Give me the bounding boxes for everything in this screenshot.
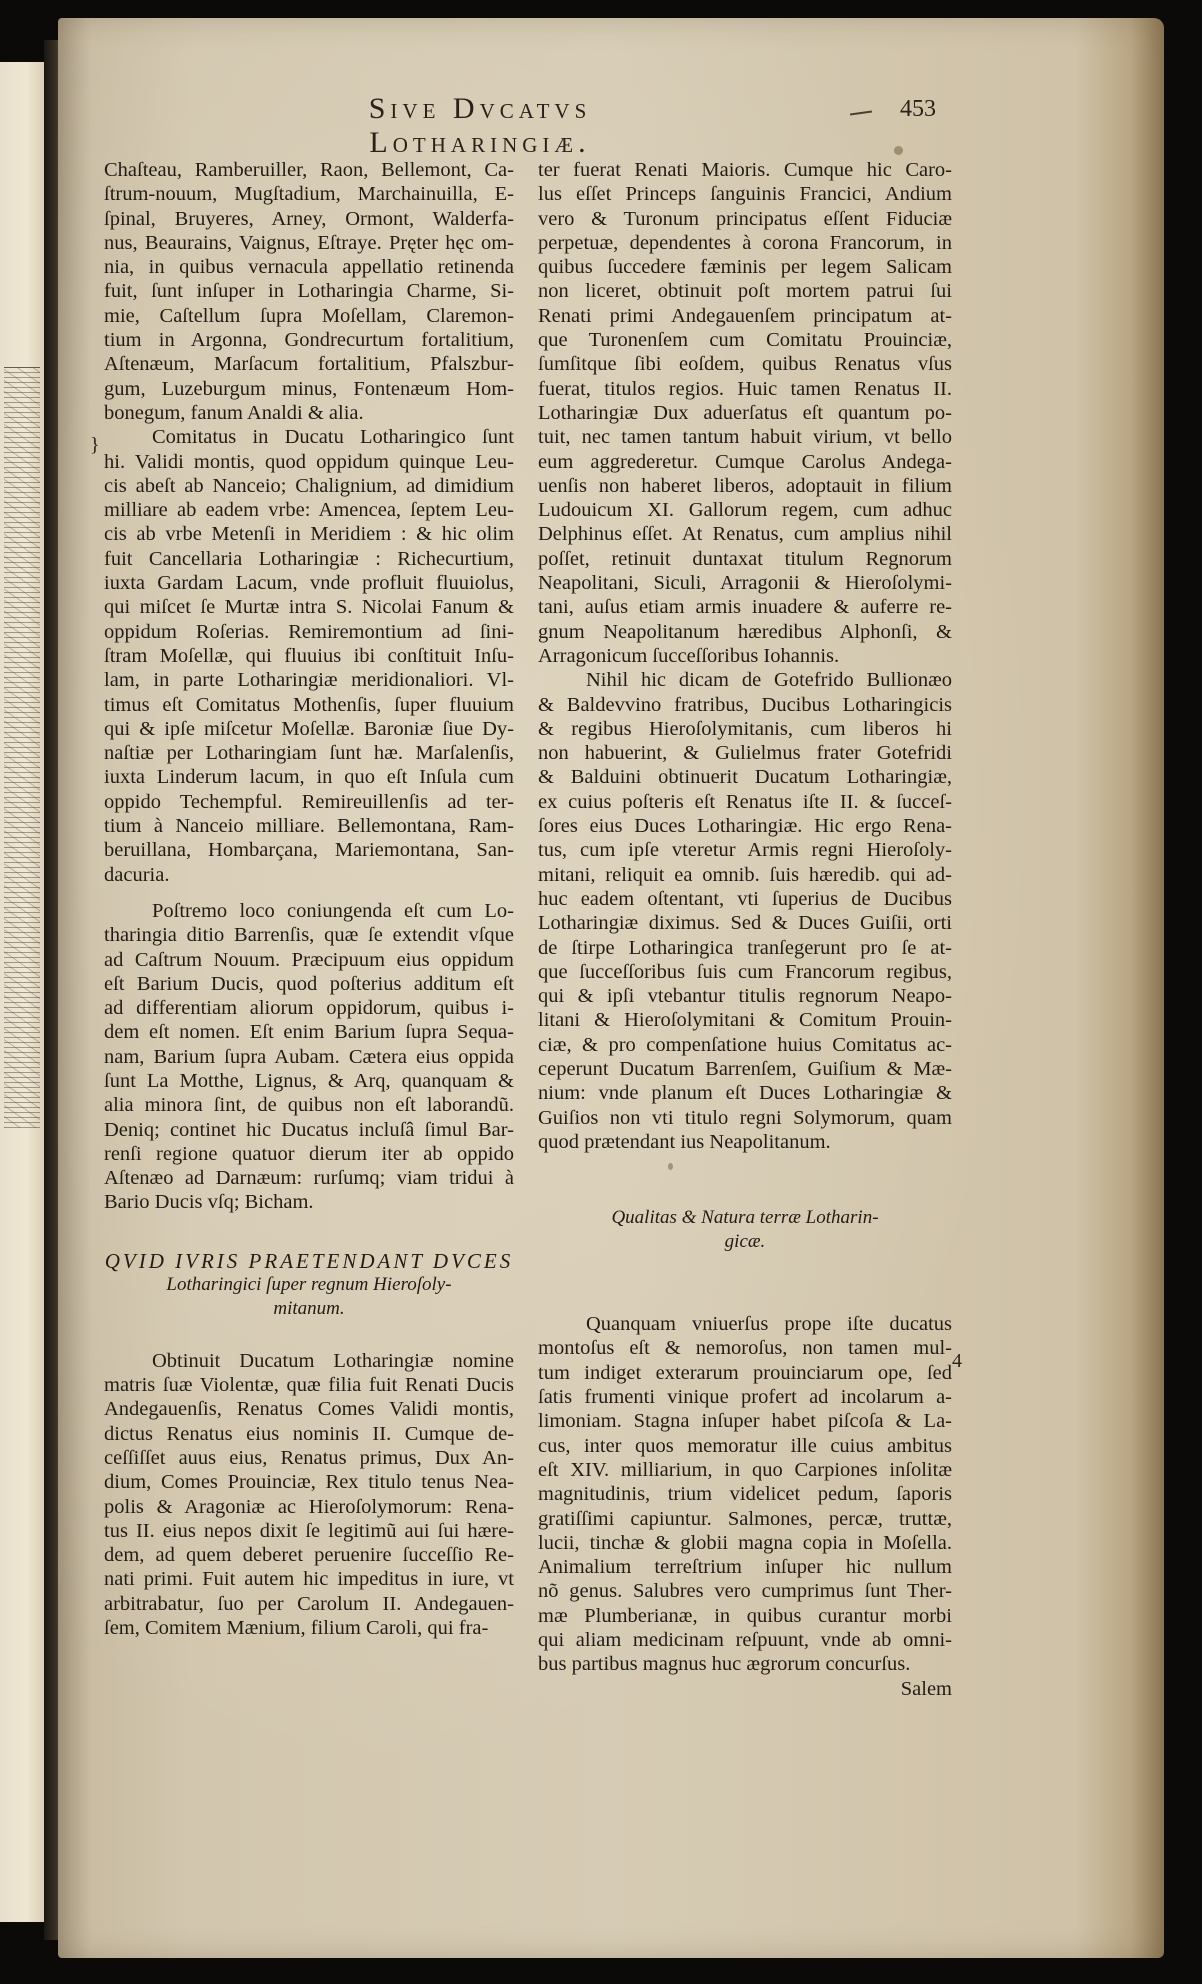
- text-line: Renati primi Andegauenſem principatum at…: [538, 304, 952, 328]
- text-line: eſt XIV. milliarium, in quo Carpiones in…: [538, 1458, 952, 1482]
- text-line: & Baldevvino fratribus, Ducibus Lotharin…: [538, 693, 952, 717]
- text-line: ſunt La Motthe, Lignus, & Arq, quanquam …: [104, 1069, 514, 1093]
- text-line: cis ab vrbe Metenſi in Meridiem : & hic …: [104, 522, 514, 546]
- text-line: dictus Renatus eius nominis II. Cumque d…: [104, 1422, 514, 1446]
- text-line: Quanquam vniuerſus prope iſte ducatus: [538, 1312, 952, 1336]
- text-line: fuit, ſunt inſuper in Lotharingia Charme…: [104, 279, 514, 303]
- text-line: beruillana, Hombarçana, Mariemontana, Sa…: [104, 838, 514, 862]
- text-line: Arragonicum ſucceſſoribus Iohannis.: [538, 644, 952, 668]
- text-line: bus partibus magnus huc ægrorum concurſu…: [538, 1652, 952, 1676]
- heading-line: Lotharingici ſuper regnum Hieroſoly-: [104, 1273, 514, 1297]
- text-line: hi. Validi montis, quod oppidum quinque …: [104, 450, 514, 474]
- text-line: ex cuius poſteris eſt Renatus iſte II. &…: [538, 790, 952, 814]
- text-line: mæ Plumberianæ, in quibus curantur morbi: [538, 1604, 952, 1628]
- page-number: 453: [900, 96, 936, 123]
- text-line: ter fuerat Renati Maioris. Cumque hic Ca…: [538, 158, 952, 182]
- text-line: Lotharingiæ Dux aduerſatus eſt quantum p…: [538, 401, 952, 425]
- paragraph-towns: Chaſteau, Ramberuiller, Raon, Bellemont,…: [104, 158, 514, 425]
- heading-line: gicæ.: [538, 1230, 952, 1254]
- heading-line: mitanum.: [104, 1297, 514, 1321]
- text-line: non liceret, obtinuit poſt mortem patrui…: [538, 279, 952, 303]
- text-line: ad Caſtrum Nouum. Præcipuum eius oppidum: [104, 948, 514, 972]
- text-line: eum aggrederetur. Cumque Carolus Andega-: [538, 450, 952, 474]
- text-line: lam, in parte Lotharingiæ meridionaliori…: [104, 668, 514, 692]
- previous-page-edge: [0, 62, 46, 1922]
- text-line: milliare ab eadem vrbe: Amencea, ſeptem …: [104, 498, 514, 522]
- text-line: timus eſt Comitatus Mothenſis, ſuper flu…: [104, 693, 514, 717]
- text-line: fuerat, titulos regios. Huic tamen Renat…: [538, 377, 952, 401]
- heading-line: Qualitas & Natura terræ Lotharin-: [538, 1206, 952, 1230]
- text-line: Obtinuit Ducatum Lotharingiæ nomine: [104, 1349, 514, 1373]
- left-column: Chaſteau, Ramberuiller, Raon, Bellemont,…: [104, 158, 514, 1640]
- text-line: mitani, reliquit ea omnib. ſuis hæredib.…: [538, 863, 952, 887]
- text-line: arbitrabatur, ſuo per Carolum II. Andega…: [104, 1592, 514, 1616]
- text-line: ſtrum-nouum, Mugſtadium, Marchainuilla, …: [104, 182, 514, 206]
- text-line: qui & ipſi vtebantur titulis regnorum Ne…: [538, 984, 952, 1008]
- text-line: tus II. eius nepos dixit ſe legitimũ aui…: [104, 1519, 514, 1543]
- text-line: ſpinal, Bruyeres, Arney, Ormont, Walderf…: [104, 207, 514, 231]
- right-column: ter fuerat Renati Maioris. Cumque hic Ca…: [538, 158, 952, 1701]
- text-line: nus, Beaurains, Vaignus, Eſtraye. Pręter…: [104, 231, 514, 255]
- text-line: litani & Hieroſolymitani & Comitum Proui…: [538, 1008, 952, 1032]
- text-line: bonegum, fanum Analdi & alia.: [104, 401, 514, 425]
- text-line: naſtiæ per Lotharingiam ſunt hæ. Marſale…: [104, 741, 514, 765]
- text-line: Guiſios non vti titulo regni Solymorum, …: [538, 1106, 952, 1130]
- text-line: magnitudinis, trium videlicet pedum, ſap…: [538, 1482, 952, 1506]
- text-line: uenſis non haberet liberos, adoptauit in…: [538, 474, 952, 498]
- text-line: ciæ, & pro compenſatione huius Comitatus…: [538, 1033, 952, 1057]
- text-line: Aſtenæum, Marſacum fortalitium, Pfalszbu…: [104, 352, 514, 376]
- text-line: alia minora ſint, de quibus non eſt labo…: [104, 1093, 514, 1117]
- text-line: ſatis frumenti vinique profert ad incola…: [538, 1385, 952, 1409]
- text-line: de ſtirpe Lotharingica tranſegerunt pro …: [538, 936, 952, 960]
- text-line: qui miſcet ſe Murtæ intra S. Nicolai Fan…: [104, 595, 514, 619]
- text-line: tum indiget exterarum prouinciarum ope, …: [538, 1361, 952, 1385]
- text-line: ſumſitque ſibi eoſdem, quibus Renatus vſ…: [538, 352, 952, 376]
- text-line: Andegauenſis, Renatus Comes Validi monti…: [104, 1397, 514, 1421]
- text-line: ſores eius Duces Lotharingiæ. Hic ergo R…: [538, 814, 952, 838]
- text-line: poſſet, retinuit duntaxat titulum Regnor…: [538, 547, 952, 571]
- text-line: gratiſſimi capiuntur. Salmones, percæ, t…: [538, 1507, 952, 1531]
- text-line: Neapolitani, Siculi, Arragonii & Hieroſo…: [538, 571, 952, 595]
- text-line: Deniq; continet hic Ducatus incluſâ ſimu…: [104, 1118, 514, 1142]
- paragraph-comitatus: Comitatus in Ducatu Lotharingico ſunthi.…: [104, 425, 514, 887]
- text-line: nõ genus. Salubres vero cumprimus ſunt T…: [538, 1579, 952, 1603]
- paragraph-quanquam: Quanquam vniuerſus prope iſte ducatusmon…: [538, 1312, 952, 1676]
- text-line: gum, Luzeburgum minus, Fontenæum Hom-: [104, 377, 514, 401]
- text-line: dem, ad quem deberet peruenire ſucceſſio…: [104, 1543, 514, 1567]
- text-line: ad differentiam aliorum oppidorum, quibu…: [104, 996, 514, 1020]
- text-line: & regibus Hieroſolymitanis, cum liberos …: [538, 717, 952, 741]
- text-line: iuxta Gardam Lacum, vnde profluit fluuio…: [104, 571, 514, 595]
- text-line: tium à Nanceio milliare. Bellemontana, R…: [104, 814, 514, 838]
- text-line: lus eſſet Princeps ſanguinis Francici, A…: [538, 182, 952, 206]
- margin-number-mark: 4: [952, 1350, 962, 1373]
- text-line: gnum Neapolitanum hæredibus Alphonſi, &: [538, 620, 952, 644]
- text-line: Chaſteau, Ramberuiller, Raon, Bellemont,…: [104, 158, 514, 182]
- text-line: quibus ſuccedere fæminis per legem Salic…: [538, 255, 952, 279]
- text-line: iuxta Linderum lacum, in quo eſt Inſula …: [104, 765, 514, 789]
- text-line: tuit, nec tamen tantum habuit virium, vt…: [538, 425, 952, 449]
- text-line: cus, inter quos memoratur ille cuius amb…: [538, 1434, 952, 1458]
- text-line: tium in Argonna, Gondrecurtum fortalitiu…: [104, 328, 514, 352]
- text-line: oppidum Roſerias. Remiremontium ad ſini-: [104, 620, 514, 644]
- engraving-fragment: [4, 367, 40, 1128]
- text-line: fuit Cancellaria Lotharingiæ : Richecurt…: [104, 547, 514, 571]
- text-line: nium: vnde planum eſt Duces Lotharingiæ …: [538, 1081, 952, 1105]
- text-line: ſtram Moſellæ, qui fluuius ibi conſtitui…: [104, 644, 514, 668]
- text-line: mie, Caſtellum ſupra Moſellam, Claremon-: [104, 304, 514, 328]
- text-line: non habuerint, & Gulielmus frater Gotefr…: [538, 741, 952, 765]
- paragraph-barrensis: Poſtremo loco coniungenda eſt cum Lo-tha…: [104, 899, 514, 1215]
- text-line: que Turonenſem cum Comitatu Prouinciæ,: [538, 328, 952, 352]
- text-line: Aſtenæo ad Darnæum: rurſumq; viam tridui…: [104, 1166, 514, 1190]
- text-line: Nihil hic dicam de Gotefrido Bullionæo: [538, 668, 952, 692]
- paragraph-carolus: ter fuerat Renati Maioris. Cumque hic Ca…: [538, 158, 952, 668]
- text-line: vero & Turonum principatus eſſent Fiduci…: [538, 207, 952, 231]
- text-line: Poſtremo loco coniungenda eſt cum Lo-: [104, 899, 514, 923]
- text-line: dem eſt nomen. Eſt enim Barium ſupra Seq…: [104, 1020, 514, 1044]
- text-line: qui aliam medicinam reſpuunt, vnde ab om…: [538, 1628, 952, 1652]
- text-line: tharingia ditio Barrenſis, quæ ſe extend…: [104, 923, 514, 947]
- text-line: dium, Comes Prouinciæ, Rex titulo tenus …: [104, 1470, 514, 1494]
- text-line: tani, auſus etiam armis inuadere & aufer…: [538, 595, 952, 619]
- text-line: nati primi. Fuit autem hic impeditus in …: [104, 1567, 514, 1591]
- text-line: dacuria.: [104, 863, 514, 887]
- text-line: matris ſuæ Violentæ, quæ filia fuit Rena…: [104, 1373, 514, 1397]
- text-line: ceſſiſſet auus eius, Renatus primus, Dux…: [104, 1446, 514, 1470]
- text-line: Bario Ducis vſq; Bicham.: [104, 1190, 514, 1214]
- heading-caps: QVID IVRIS PRAETENDANT DVCES: [104, 1249, 514, 1273]
- text-line: qui & ipſe miſcetur Moſellæ. Baroniæ ſiu…: [104, 717, 514, 741]
- text-line: quod prætendant ius Neapolitanum.: [538, 1130, 952, 1154]
- text-line: nia, in quibus vernacula appellatio reti…: [104, 255, 514, 279]
- text-line: tus, cum ipſe vteretur Armis regni Hiero…: [538, 838, 952, 862]
- text-line: Lotharingiæ diximus. Sed & Duces Guiſii,…: [538, 911, 952, 935]
- text-line: limoniam. Stagna inſuper habet piſcoſa &…: [538, 1409, 952, 1433]
- text-line: eſt Barium Ducis, quod poſterius additum…: [104, 972, 514, 996]
- text-line: Ludouicum XI. Gallorum regem, cum adhuc: [538, 498, 952, 522]
- paragraph-obtinuit: Obtinuit Ducatum Lotharingiæ nominematri…: [104, 1349, 514, 1641]
- paper-stain: [894, 146, 903, 155]
- text-line: renſi regione quatuor dierum iter ab opp…: [104, 1142, 514, 1166]
- text-line: Comitatus in Ducatu Lotharingico ſunt: [104, 425, 514, 449]
- running-head: Sive Dvcatvs Lotharingiæ.: [270, 92, 690, 160]
- text-line: que ſucceſſoribus ſuis cum Francorum reg…: [538, 960, 952, 984]
- text-line: cis abeſt ab Nanceio; Chalignium, ad dim…: [104, 474, 514, 498]
- text-line: polis & Aragoniæ ac Hieroſolymorum: Rena…: [104, 1495, 514, 1519]
- text-line: perpetuæ, dependentes à corona Francorum…: [538, 231, 952, 255]
- section-heading-qualitas: Qualitas & Natura terræ Lotharin- gicæ.: [538, 1206, 952, 1254]
- text-line: montoſus eſt & nemoroſus, non tamen mul-: [538, 1336, 952, 1360]
- text-line: nam, Barium ſupra Aubam. Cætera eius opp…: [104, 1045, 514, 1069]
- text-line: Delphinus eſſet. At Renatus, cum amplius…: [538, 522, 952, 546]
- text-line: & Balduini obtinuerit Ducatum Lotharingi…: [538, 765, 952, 789]
- text-line: ceperunt Ducatum Barrenſem, Guiſium & Mæ…: [538, 1057, 952, 1081]
- text-line: huc eadem oſtentant, vti ſuperius de Duc…: [538, 887, 952, 911]
- text-line: lucii, tinchæ & globii magna copia in Mo…: [538, 1531, 952, 1555]
- margin-brace-mark: }: [90, 434, 100, 457]
- text-line: ſem, Comitem Mænium, filium Caroli, qui …: [104, 1616, 514, 1640]
- text-line: oppido Techempful. Remireuillenſis ad te…: [104, 790, 514, 814]
- text-line: Animalium terreſtrium inſuper hic nullum: [538, 1555, 952, 1579]
- section-heading-jerusalem: QVID IVRIS PRAETENDANT DVCES Lotharingic…: [104, 1249, 514, 1321]
- catchword: Salem: [538, 1677, 952, 1701]
- paragraph-gotefrido: Nihil hic dicam de Gotefrido Bullionæo& …: [538, 668, 952, 1154]
